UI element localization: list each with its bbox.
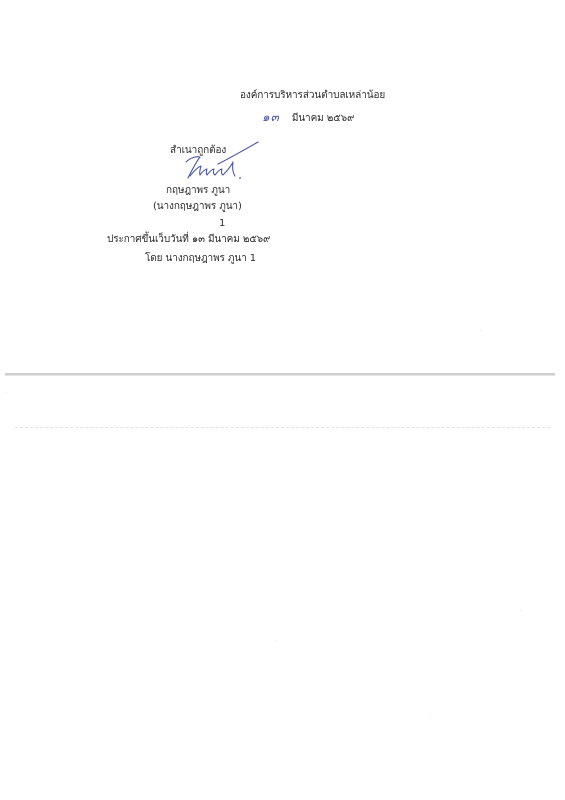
scan-speck [430,715,431,716]
signer-full-name: (นางกฤษฎาพร ภูนา) [153,201,242,213]
scan-speck [6,392,7,393]
month-year: มีนาคม ๒๕๖๙ [292,113,354,124]
document-page: องค์การบริหารส่วนตำบลเหล่าน้อย ๑๓มีนาคม … [0,0,565,800]
signer-name: กฤษฎาพร ภูนา [166,185,230,197]
posted-date-line: ประกาศขึ้นเว็บวันที่ ๑๓ มีนาคม ๒๕๖๙ [107,234,270,246]
document-date: ๑๓มีนาคม ๒๕๖๙ [262,111,354,125]
scan-speck [275,640,276,641]
signature-icon [178,138,273,186]
organization-name: องค์การบริหารส่วนตำบลเหล่าน้อย [240,90,385,102]
scan-speck [520,610,521,611]
posted-by-line: โดย นางกฤษฎาพร ภูนา 1 [145,253,256,265]
footer-number: 1 [219,218,225,230]
faint-dashed-divider [15,427,550,428]
horizontal-divider [5,373,555,376]
handwritten-day: ๑๓ [262,110,280,124]
scan-speck [480,330,481,331]
